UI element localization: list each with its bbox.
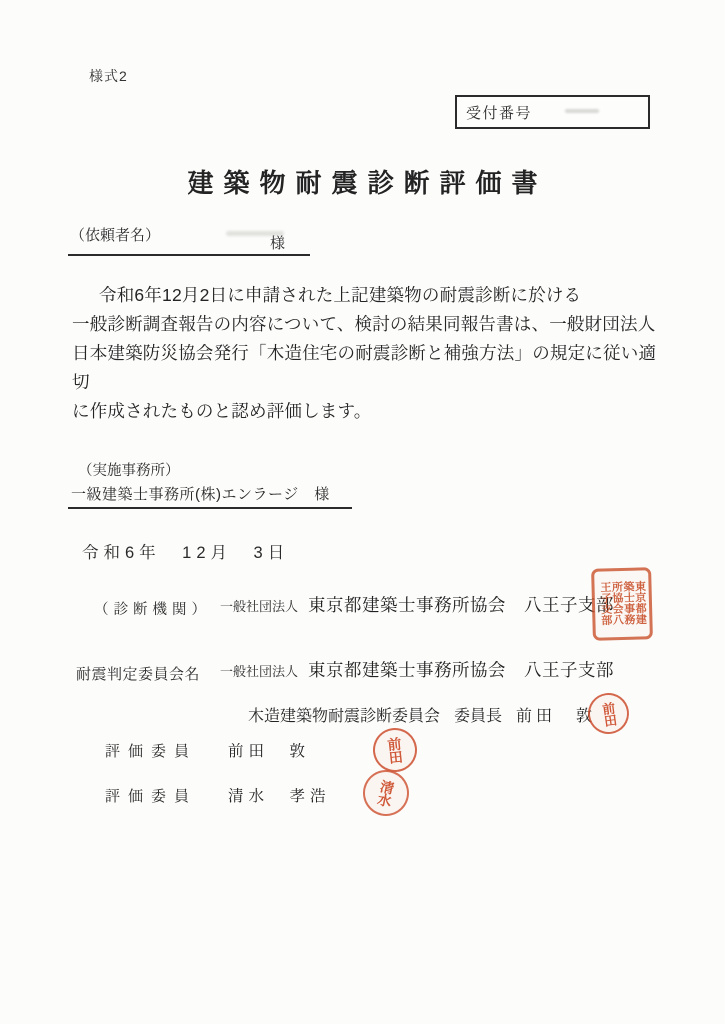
office-name-row: 一級建築士事務所(株)エンラージ 様 <box>68 481 352 509</box>
evaluator-label: 評価委員 <box>105 785 197 806</box>
committee-org-name: 東京都建築士事務所協会 八王子支部 <box>308 657 614 682</box>
evaluator-name: 清水 孝浩 <box>228 784 331 806</box>
statement-line: 日本建築防災協会発行「木造住宅の耐震診断と補強方法」の規定に従い適切 <box>72 339 668 397</box>
receipt-number-label: 受付番号 <box>466 102 532 123</box>
chair-role: 委員長 <box>454 703 502 726</box>
chair-name-seal: 前田 <box>585 690 631 736</box>
evaluation-statement: 令和6年12月2日に申請された上記建築物の耐震診断に於ける 一般診断調査報告の内… <box>72 281 668 426</box>
scanned-document-page: 様式2 受付番号 建築物耐震診断評価書 （依頼者名） 様 令和6年12月2日に申… <box>0 0 725 1024</box>
evaluator-label: 評価委員 <box>105 740 197 761</box>
document-title: 建築物耐震診断評価書 <box>0 163 725 200</box>
form-number-label: 様式2 <box>89 66 128 86</box>
client-name-row: （依頼者名） 様 <box>68 223 310 256</box>
receipt-number-box: 受付番号 <box>455 95 650 129</box>
client-honorific: 様 <box>270 232 285 253</box>
office-section-label: （実施事務所） <box>78 459 180 480</box>
agency-square-seal-text: 東京都建築士事務所協会八王子支部 <box>598 580 645 628</box>
judging-committee-label: 耐震判定委員会名 <box>76 663 200 684</box>
office-name: 一級建築士事務所(株)エンラージ 様 <box>71 483 330 504</box>
agency-square-seal: 東京都建築士事務所協会八王子支部 <box>591 567 653 641</box>
agency-org-name: 東京都建築士事務所協会 八王子支部 <box>308 592 614 617</box>
statement-line: 令和6年12月2日に申請された上記建築物の耐震診断に於ける <box>72 281 668 310</box>
receipt-number-smudge <box>565 109 599 113</box>
committee-org-prefix: 一般社団法人 <box>220 661 298 680</box>
agency-org-prefix: 一般社団法人 <box>220 596 298 615</box>
evaluator-seal-text: 前田 <box>387 736 404 763</box>
evaluator-seal-text: 清水 <box>376 779 395 807</box>
statement-line: に作成されたものと認め評価します。 <box>72 397 668 426</box>
chair-line: 木造建築物耐震診断委員会 委員長 前田 敦 <box>248 703 596 726</box>
document-date: 令和6年 12月 3日 <box>82 539 289 563</box>
evaluator-name: 前田 敦 <box>228 739 310 761</box>
chair-name: 前田 敦 <box>516 703 596 726</box>
chair-committee-name: 木造建築物耐震診断委員会 <box>248 703 440 726</box>
chair-name-seal-text: 前田 <box>600 701 616 727</box>
evaluator-name-seal: 清水 <box>359 766 414 821</box>
agency-label: （診断機関） <box>94 598 211 619</box>
agency-value: 一般社団法人 東京都建築士事務所協会 八王子支部 <box>220 592 614 617</box>
judging-committee-value: 一般社団法人 東京都建築士事務所協会 八王子支部 <box>220 657 614 682</box>
statement-line: 一般診断調査報告の内容について、検討の結果同報告書は、一般財団法人 <box>72 310 668 339</box>
evaluator-name-seal: 前田 <box>371 726 419 774</box>
client-name-label: （依頼者名） <box>70 224 160 245</box>
